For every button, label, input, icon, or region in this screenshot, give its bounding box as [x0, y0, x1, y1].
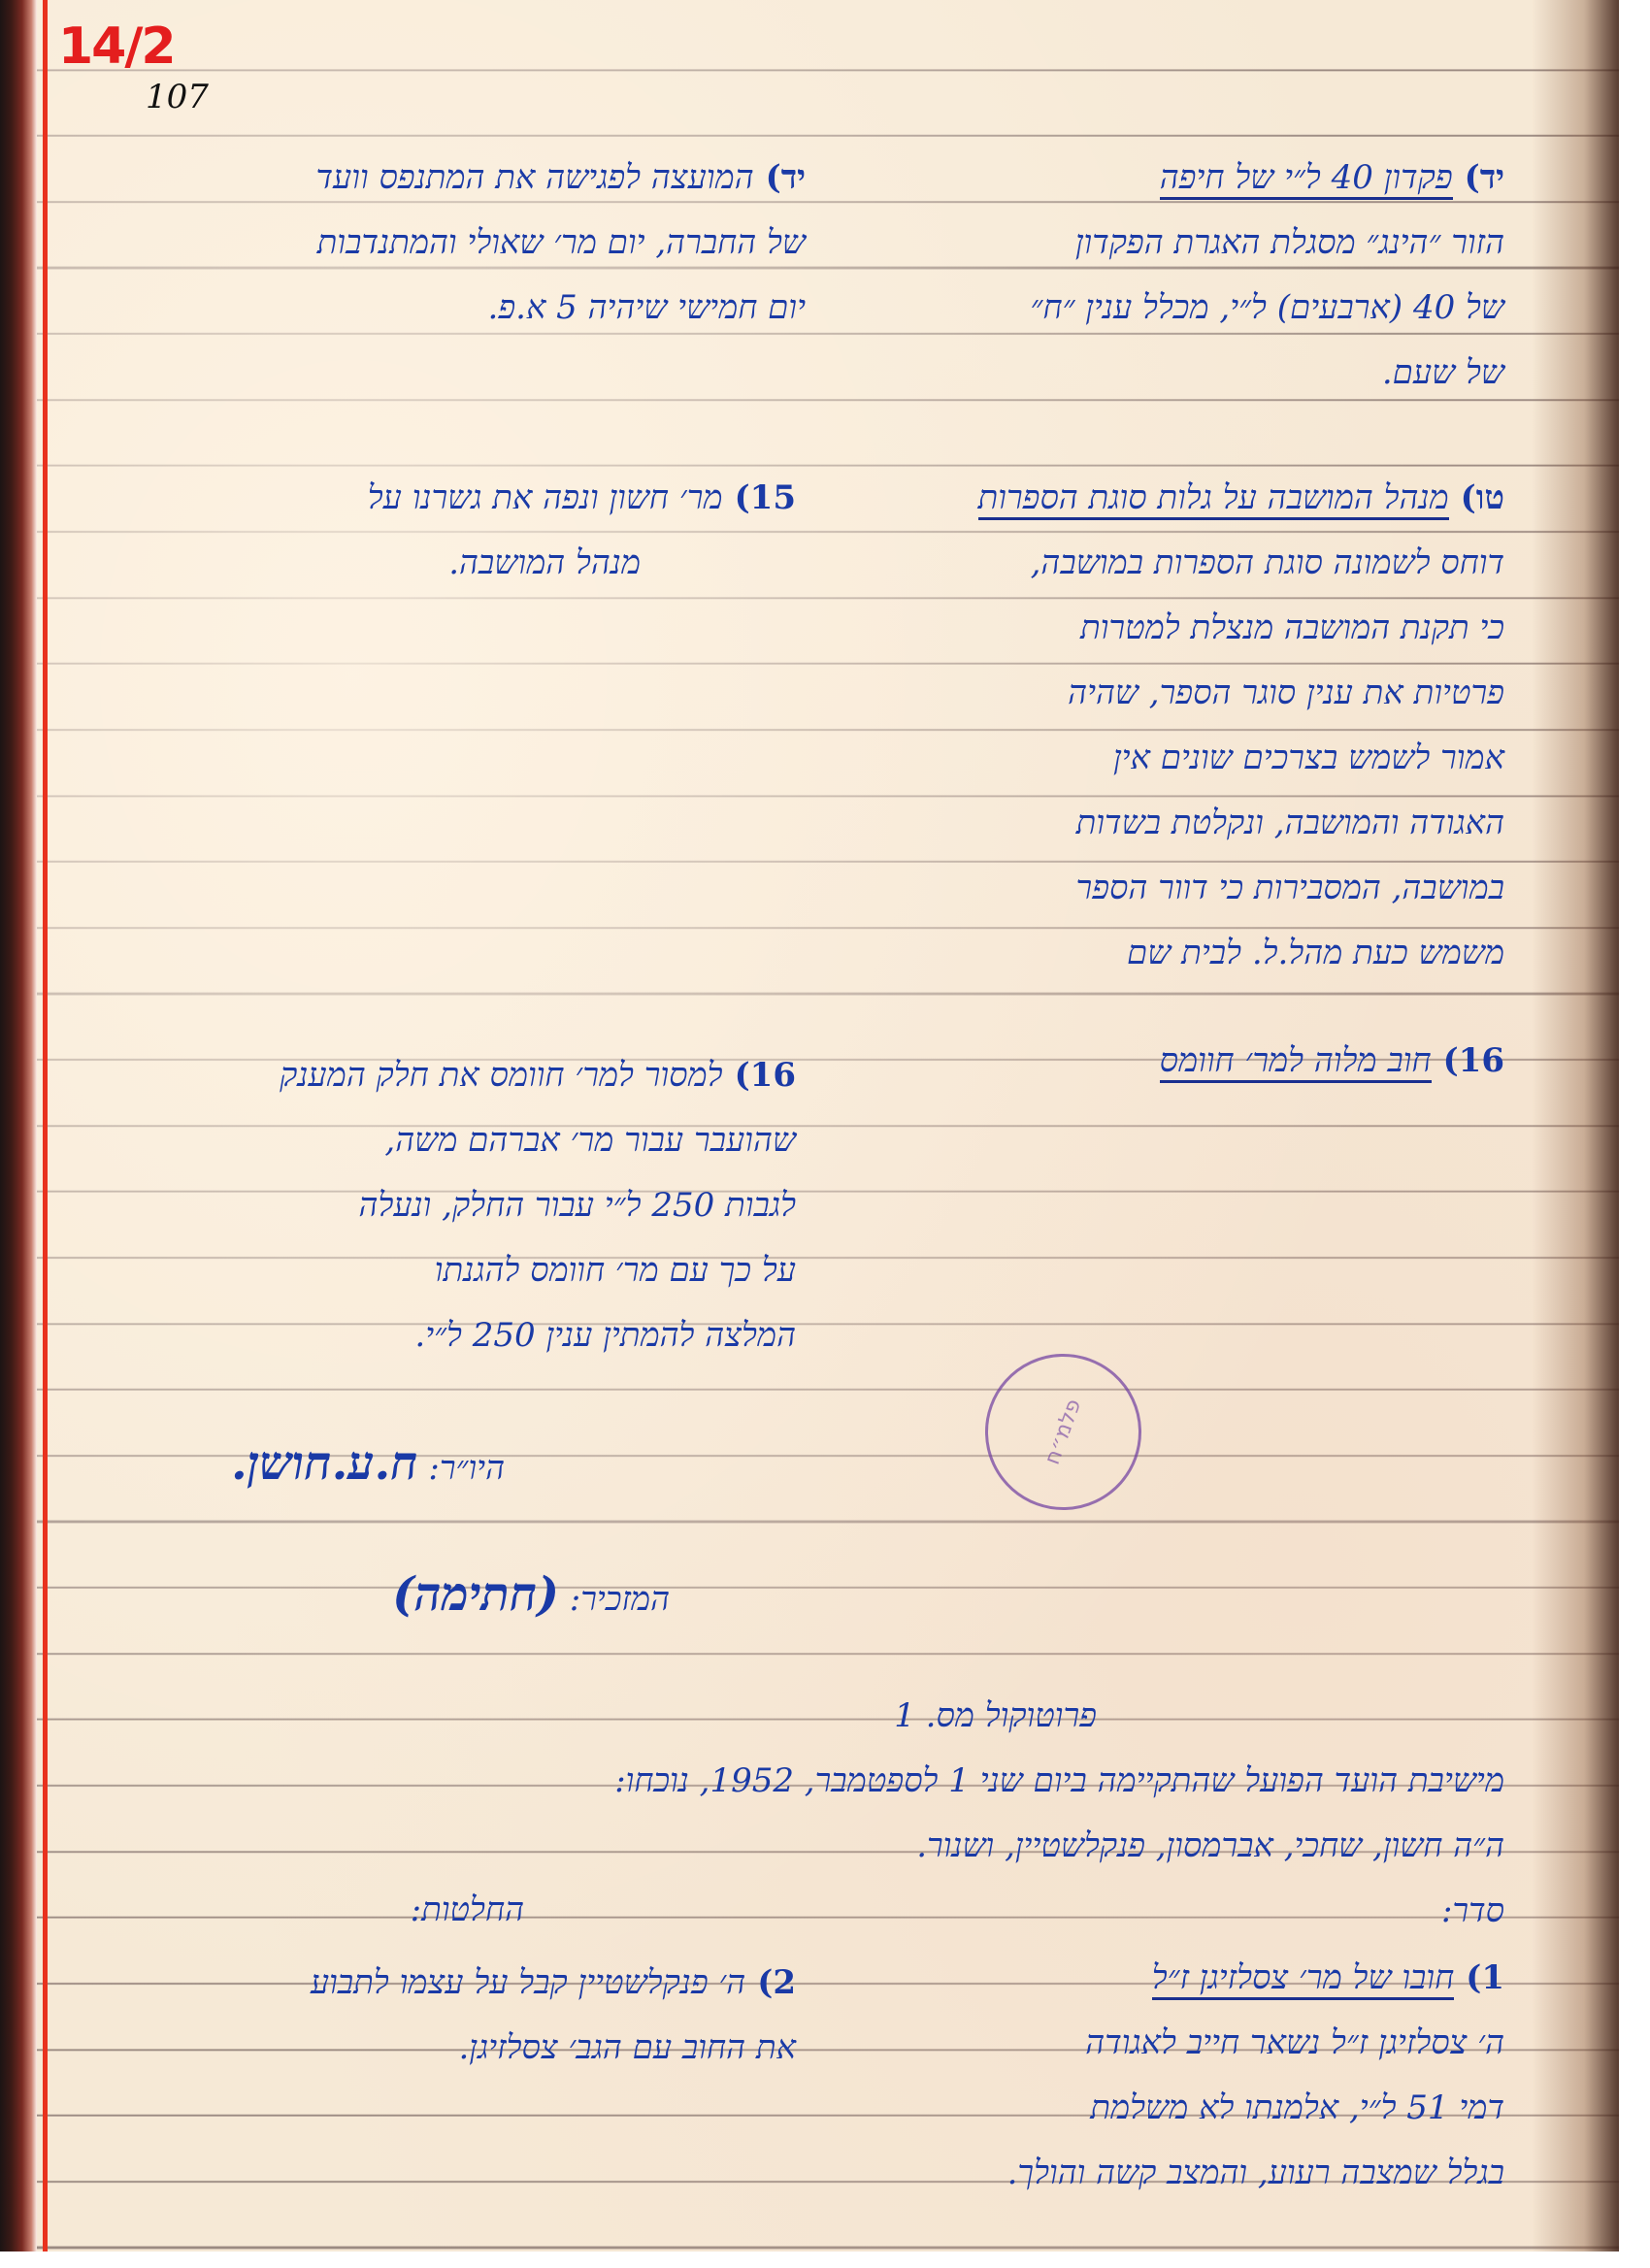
protocol-block: פרוטוקול מס. 1 מישיבת הועד הפועל שהתקיימ…	[614, 1684, 1504, 1944]
text-line: במושבה, המסבירות כי דוור הספר	[978, 856, 1504, 921]
text-line: אמור לשמש בצרכים שונים אין	[978, 726, 1504, 791]
page-gutter-shadow	[1532, 0, 1619, 2252]
text-line: דמי 51 ל״י, אלמנתו לא משלמת	[1007, 2076, 1504, 2141]
text-line: של שעם.	[1031, 341, 1504, 406]
left-section-15: 15)מר׳ חשון ונפה את גשרנו על מנהל המושבה…	[368, 466, 796, 596]
protocol-attendance-line: מישיבת הועד הפועל שהתקיימה ביום שני 1 לס…	[614, 1749, 1504, 1814]
protocol-attendees: ה״ה חשון, שחכי, אברמסון, פנקלשטיין, ושנו…	[614, 1814, 1504, 1879]
section-number: טו)	[1461, 478, 1504, 517]
chair-label: היו״ר:	[428, 1449, 505, 1488]
section-heading: פקדון 40 ל״י של חיפה	[1160, 158, 1453, 200]
item-heading: חובו של מר׳ צסלזיגן ז״ל	[1152, 1958, 1454, 2000]
decision-2: 2)ה׳ פנקלשטיין קבל על עצמו לתבוע את החוב…	[311, 1951, 796, 2081]
text-line: האגודה והמושבה, ונקלטת בשדות	[978, 791, 1504, 856]
text-line: את החוב עם הגב׳ צסלזיגן.	[311, 2016, 796, 2081]
text-line: שהועבר עבור מר׳ אברהם משה,	[280, 1108, 796, 1173]
right-section-15: טו)מנהל המושבה על גלות סוגת הספרות דוחס …	[978, 466, 1504, 986]
red-page-marker: 14/2	[58, 17, 175, 76]
section-number: יד)	[766, 158, 806, 197]
secretary-signature: (חתימה)	[392, 1567, 559, 1622]
text-line: לגבות 250 ל״י עבור החלק, ונעלה	[280, 1173, 796, 1238]
text-line: על כך עם מר׳ חוומס להגנתו	[280, 1238, 796, 1303]
folio-number: 107	[146, 78, 209, 116]
text-line: יום חמישי שיהיה 5 א.פ.	[315, 276, 806, 341]
item-number: 2)	[757, 1963, 796, 2002]
right-section-16: 16)חוב מלוה למר׳ חוומס	[1160, 1029, 1504, 1094]
notebook-binding	[0, 0, 37, 2252]
item-number: 1)	[1466, 1958, 1504, 1997]
scan-border-bottom	[0, 2252, 1650, 2268]
section-number: 15)	[735, 478, 796, 517]
section-number: יד)	[1465, 158, 1504, 197]
text-line: ה׳ צסלזיגן ז״ל נשאר חייב לאגודה	[1007, 2011, 1504, 2076]
text-line: של 40 (ארבעים) ל״י, מכלל ענין ״ח״	[1031, 276, 1504, 341]
left-section-16: 16)למסור למר׳ חוומס את חלק המענק שהועבר …	[280, 1043, 796, 1368]
protocol-title: פרוטוקול מס. 1	[614, 1684, 1504, 1749]
text-line: מנהל המושבה.	[368, 531, 796, 596]
right-section-14: יד)פקדון 40 ל״י של חיפה הזור ״הינג״ מסגל…	[1031, 146, 1504, 406]
text-line: בגלל שמצבה רעוע, והמצב קשה והולך.	[1007, 2141, 1504, 2206]
secretary-label: המזכיר:	[570, 1580, 670, 1619]
secretary-signature-block: המזכיר: (חתימה)	[392, 1562, 670, 1632]
red-margin-line	[43, 0, 48, 2252]
text-line: כי תקנת המושבה מנצלת למטרות	[978, 596, 1504, 661]
section-heading: מנהל המושבה על גלות סוגת הספרות	[978, 478, 1449, 520]
left-section-14: יד)המועצה לפגישה את המתנפס וועד של החברה…	[315, 146, 806, 341]
text-line: דוחס לשמונה סוגת הספרות במושבה,	[978, 531, 1504, 596]
section-number: 16)	[735, 1056, 796, 1095]
text-line: משמש כעת מהל.ל. לבית שם	[978, 921, 1504, 986]
text-line: פרטיות את ענין סוגר הספר, שהיה	[978, 661, 1504, 726]
chair-signature: ח.ע.חושן.	[231, 1436, 418, 1491]
section-heading: חוב מלוה למר׳ חוומס	[1160, 1041, 1432, 1083]
text-line: המלצה להמתין ענין 250 ל״י.	[280, 1303, 796, 1368]
scan-border-right	[1619, 0, 1650, 2252]
decisions-label: החלטות:	[411, 1878, 524, 1943]
text-line: של החברה, יום מר׳ שאולי והמתנדבות	[315, 211, 806, 276]
section-number: 16)	[1443, 1041, 1504, 1080]
chair-signature-block: היו״ר: ח.ע.חושן.	[231, 1431, 505, 1501]
text-line: הזור ״הינג״ מסגלת האגרת הפקדון	[1031, 211, 1504, 276]
protocol-agenda-label: סדר:	[614, 1879, 1504, 1944]
protocol-item-1: 1)חובו של מר׳ צסלזיגן ז״ל ה׳ צסלזיגן ז״ל…	[1007, 1946, 1504, 2206]
